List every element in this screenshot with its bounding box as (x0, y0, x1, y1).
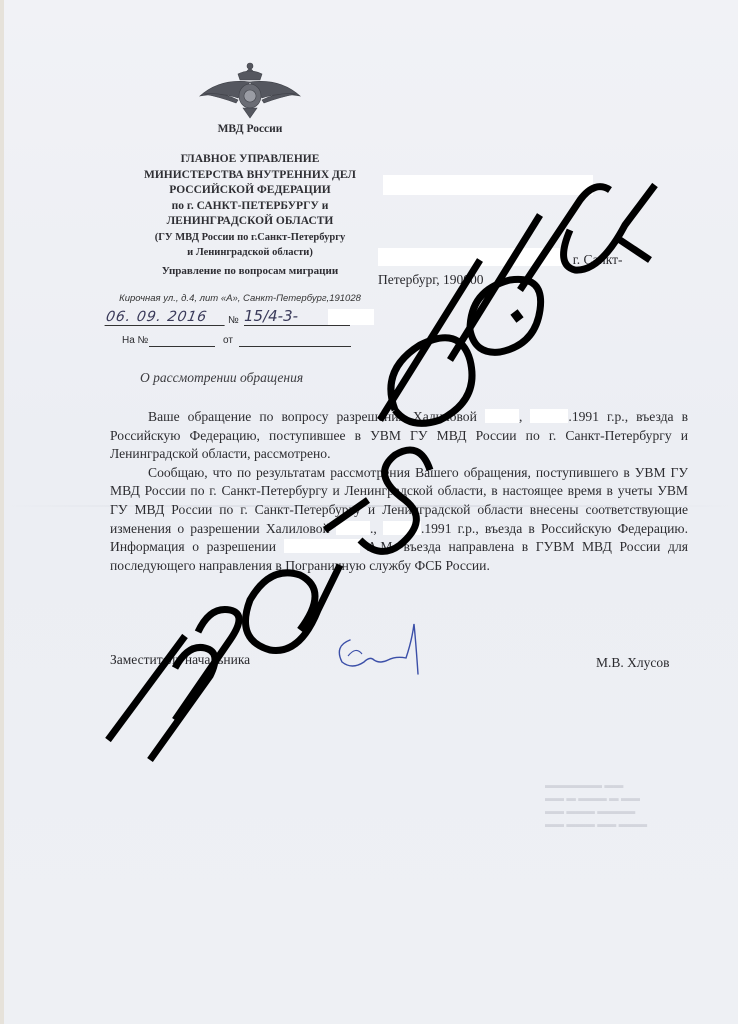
recipient-address: , г. Санкт- Петербург, 190000 (378, 248, 648, 290)
registration-number-label: № (228, 315, 239, 326)
recipient-city-postcode: Петербург, 190000 (378, 270, 648, 290)
bleed-through-text: ▬▬▬▬▬▬ ▬▬▬▬ ▬ ▬▬▬ ▬ ▬▬▬▬ ▬▬▬ ▬▬▬▬▬▬ ▬▬▬ … (545, 780, 665, 832)
agency-line: и Ленинградской области) (100, 245, 400, 261)
scanned-letter-page: МВД России ГЛАВНОЕ УПРАВЛЕНИЕ МИНИСТЕРСТ… (0, 0, 738, 1024)
body-text: Ваше обращение по вопросу разрешения Хал… (148, 409, 477, 424)
reference-date-blank (239, 346, 351, 347)
redaction-box (284, 539, 360, 553)
letter-body: Ваше обращение по вопросу разрешения Хал… (110, 408, 688, 575)
agency-line: ЛЕНИНГРАДСКОЙ ОБЛАСТИ (100, 214, 400, 230)
paragraph-1: Ваше обращение по вопросу разрешения Хал… (110, 408, 688, 464)
reference-line: На № от (122, 335, 362, 349)
redaction-box (530, 409, 568, 423)
recipient-name-redaction (383, 175, 593, 195)
letter-subject: О рассмотрении обращения (140, 370, 303, 386)
body-text: ., (370, 521, 377, 536)
agency-address: Кирочная ул., д.4, лит «А», Санкт-Петерб… (90, 293, 390, 304)
mvd-eagle-emblem-icon (198, 60, 302, 120)
redaction-box (328, 309, 374, 325)
registration-date: 06. 09. 2016 (105, 309, 228, 326)
agency-line: (ГУ МВД России по г.Санкт-Петербургу (100, 230, 400, 246)
body-text: , (519, 409, 522, 424)
agency-short-name: МВД России (100, 122, 400, 138)
agency-line: по г. САНКТ-ПЕТЕРБУРГУ и (100, 199, 400, 215)
department-name: Управление по вопросам миграции (100, 264, 400, 280)
signatory-role: Заместитель начальника (110, 652, 250, 668)
paragraph-2: Сообщаю, что по результатам рассмотрения… (110, 464, 688, 576)
registration-line: 06. 09. 2016 № 15/4-3- (104, 309, 384, 331)
agency-line: МИНИСТЕРСТВА ВНУТРЕННИХ ДЕЛ (100, 168, 400, 184)
redaction-box (383, 521, 421, 535)
handwritten-signature-icon (330, 618, 440, 678)
agency-full-name: ГЛАВНОЕ УПРАВЛЕНИЕ МИНИСТЕРСТВА ВНУТРЕНН… (100, 152, 400, 261)
reference-number-label: На № (122, 335, 148, 346)
reference-date-label: от (223, 335, 233, 346)
recipient-street-redaction (378, 248, 566, 266)
redaction-box (485, 409, 519, 423)
reference-number-blank (149, 346, 215, 347)
paper-edge (0, 0, 4, 1024)
agency-line: РОССИЙСКОЙ ФЕДЕРАЦИИ (100, 183, 400, 199)
redaction-box (336, 521, 370, 535)
recipient-city-part: , г. Санкт- (566, 252, 623, 267)
agency-line: ГЛАВНОЕ УПРАВЛЕНИЕ (100, 152, 400, 168)
signatory-name: М.В. Хлусов (596, 655, 670, 671)
